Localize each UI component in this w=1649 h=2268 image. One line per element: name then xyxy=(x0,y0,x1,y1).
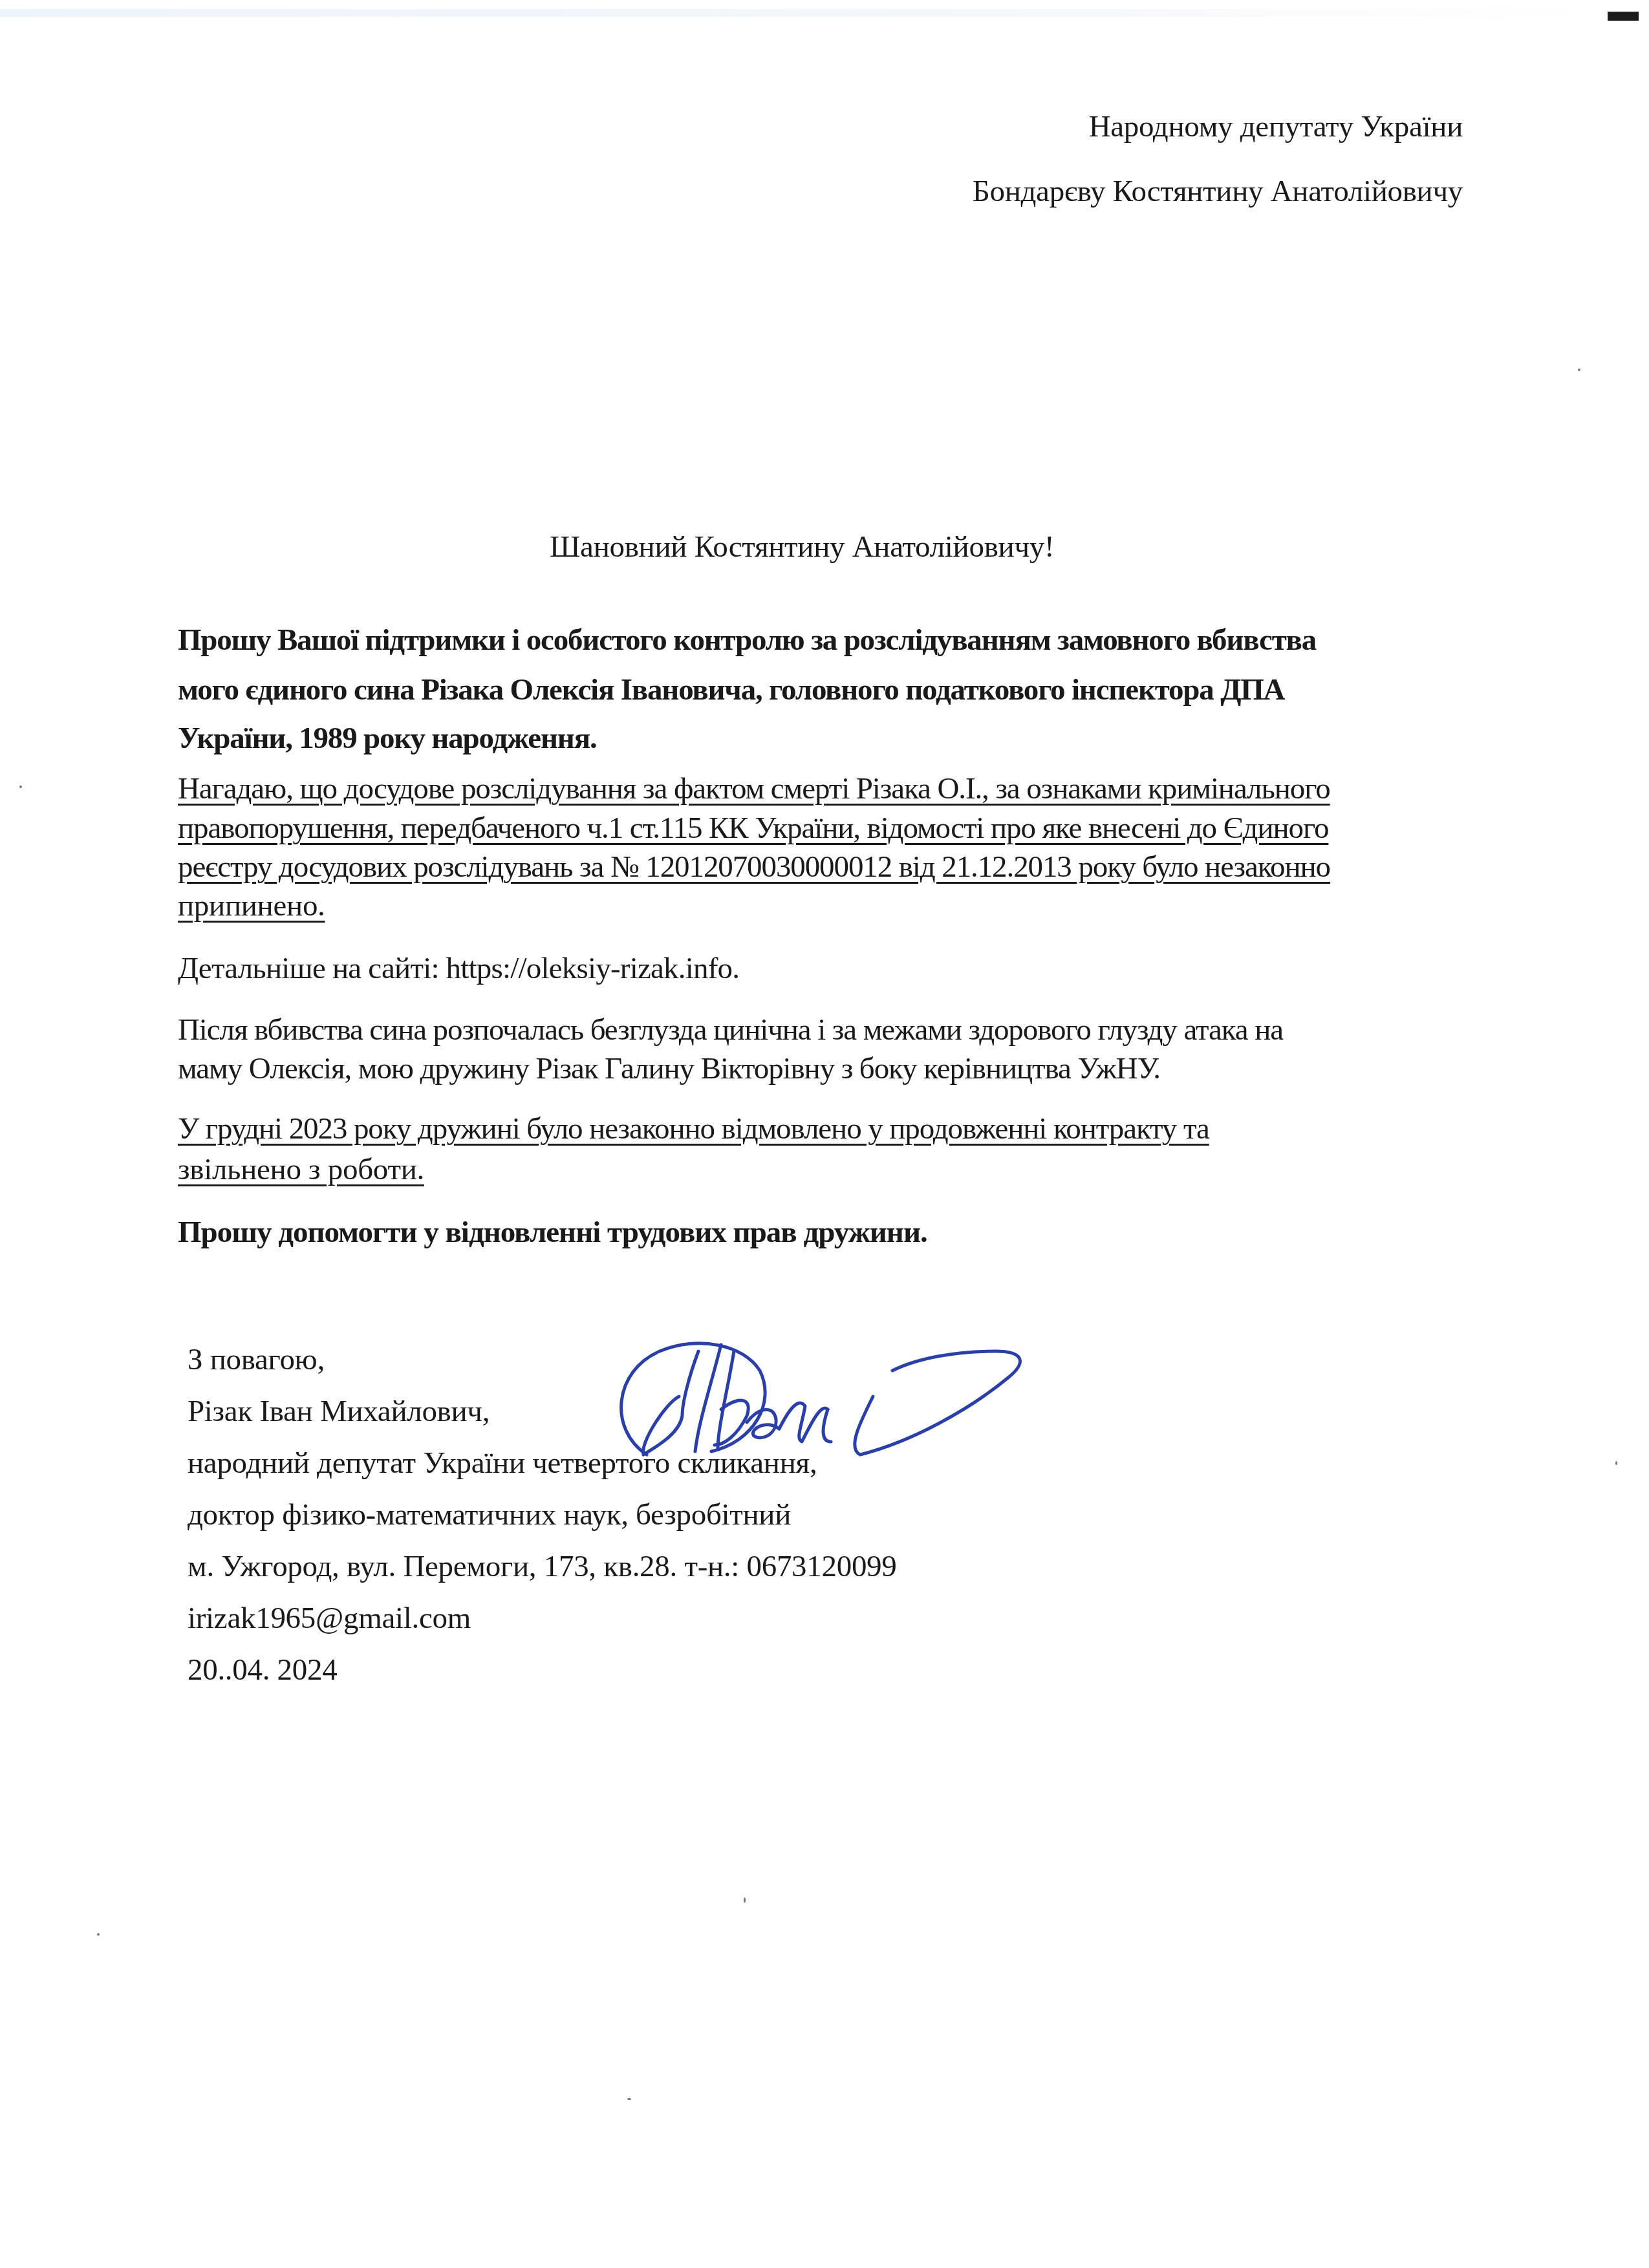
dismissal-line-2: звільнено з роботи. xyxy=(178,1151,424,1188)
salutation: Шановний Костянтину Анатолійовичу! xyxy=(550,529,1054,565)
attack-line-2: маму Олексія, мою дружину Різак Галину В… xyxy=(178,1051,1160,1087)
scan-speck xyxy=(1578,369,1580,371)
signatory-address: м. Ужгород, вул. Перемоги, 173, кв.28. т… xyxy=(188,1548,897,1585)
request-line-3: України, 1989 року народження. xyxy=(178,720,596,756)
scan-edge-artifact xyxy=(0,9,1591,17)
dismissal-line-1: У грудні 2023 року дружині було незаконн… xyxy=(178,1111,1209,1147)
addressee-line-1: Народному депутату України xyxy=(1089,109,1463,145)
scan-corner-mark xyxy=(1608,12,1639,21)
reminder-line-1: Нагадаю, що досудове розслідування за фа… xyxy=(178,771,1330,807)
signatory-email: irizak1965@gmail.com xyxy=(188,1600,471,1636)
reminder-line-2: правопорушення, передбаченого ч.1 ст.115… xyxy=(178,810,1328,846)
request-line-2: мого єдиного сина Різака Олексія Іванови… xyxy=(178,672,1284,708)
addressee-line-2: Бондарєву Костянтину Анатолійовичу xyxy=(973,173,1463,209)
closing: З повагою, xyxy=(188,1342,325,1378)
handwritten-signature xyxy=(608,1332,1125,1461)
scan-speck xyxy=(97,1933,100,1936)
signatory-degree: доктор фізико-математичних наук, безробі… xyxy=(188,1497,791,1533)
letter-date: 20..04. 2024 xyxy=(188,1652,337,1688)
signatory-name: Різак Іван Михайлович, xyxy=(188,1393,490,1429)
scan-speck xyxy=(19,786,22,788)
request-line-1: Прошу Вашої підтримки і особистого контр… xyxy=(178,622,1316,658)
attack-line-1: Після вбивства сина розпочалась безглузд… xyxy=(178,1012,1283,1048)
final-request: Прошу допомогти у відновленні трудових п… xyxy=(178,1214,927,1250)
scan-speck xyxy=(1615,1461,1617,1465)
scan-speck xyxy=(744,1898,746,1903)
reminder-line-3: реєстру досудових розслідувань за № 1201… xyxy=(178,849,1330,885)
website-line: Детальніше на сайті: https://oleksiy-riz… xyxy=(178,950,739,987)
scan-speck xyxy=(627,2098,631,2100)
reminder-line-4: припинено. xyxy=(178,888,325,924)
